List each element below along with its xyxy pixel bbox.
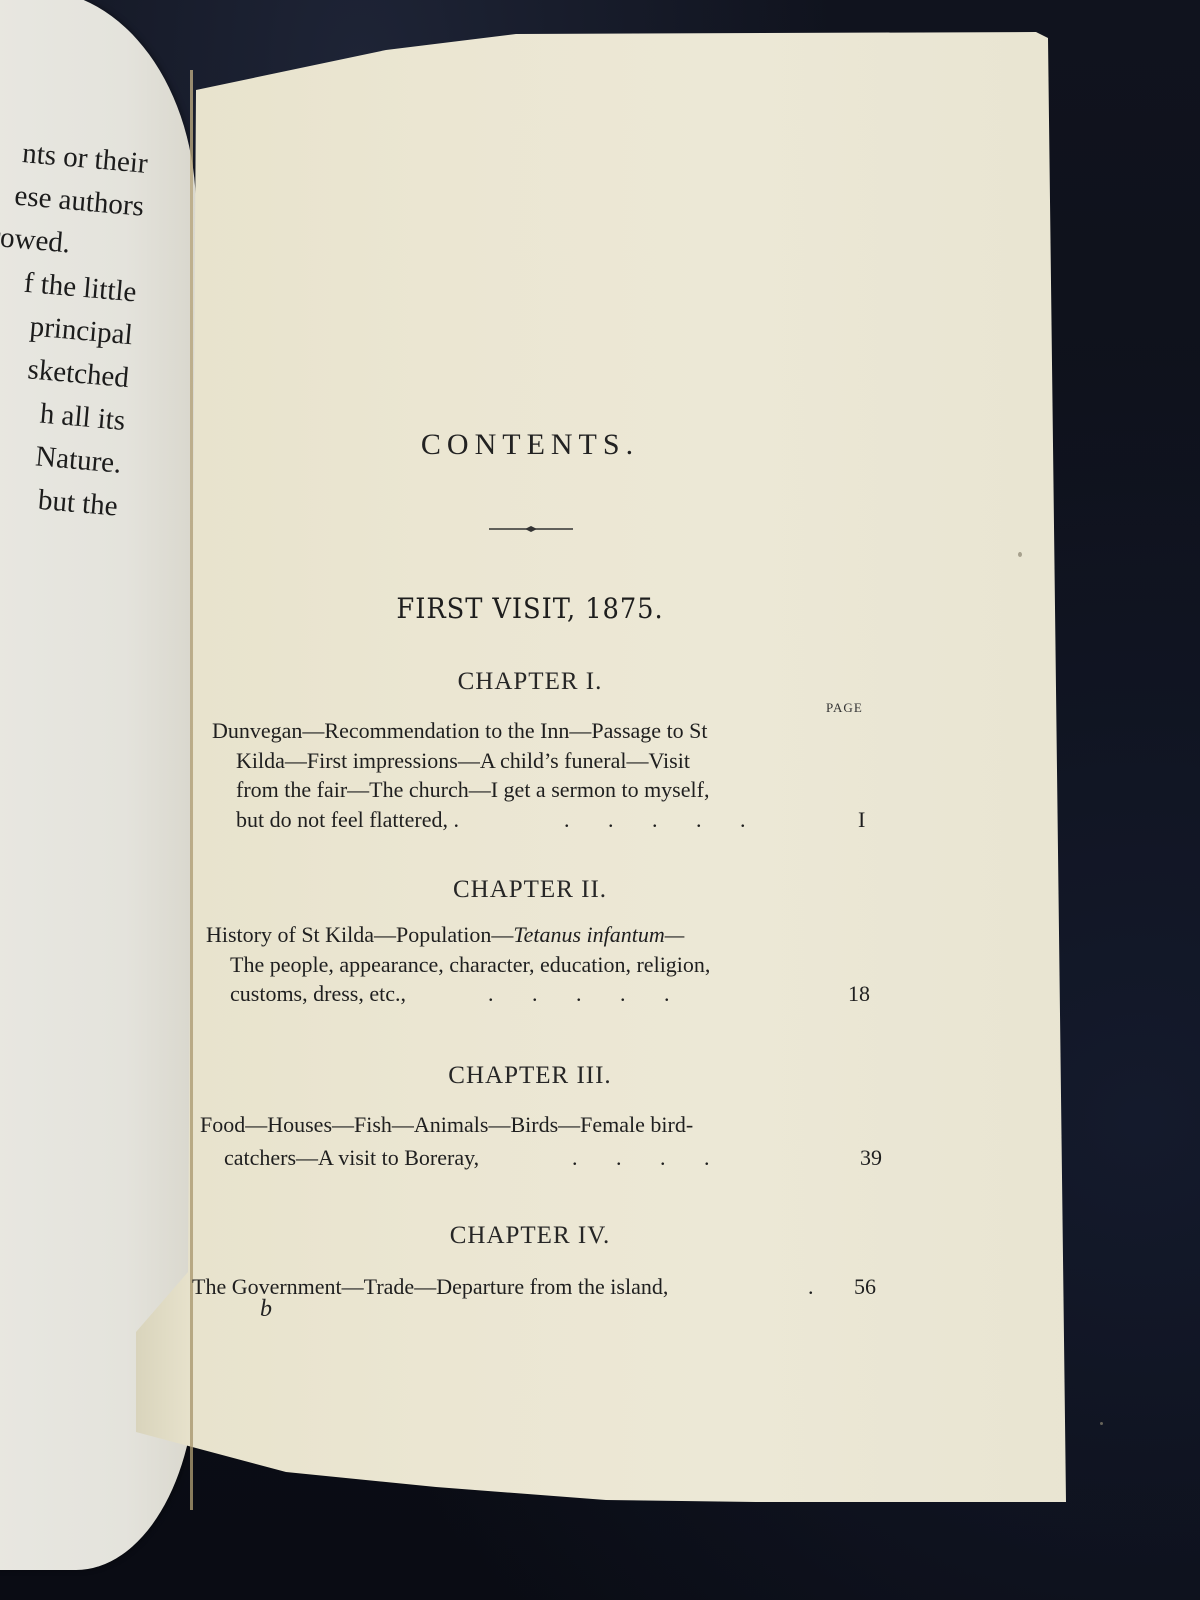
paper-fleck xyxy=(1018,552,1022,557)
chapter-heading: CHAPTER III. xyxy=(190,1062,870,1090)
page-number: I xyxy=(858,805,865,835)
contents-page: CONTENTS. FIRST VISIT, 1875. CHAPTER I. … xyxy=(190,0,910,1600)
entry-line: from the fair—The church—I get a sermon … xyxy=(212,775,892,805)
dot-leader: . . . . . xyxy=(488,979,670,1009)
section-title: FIRST VISIT, 1875. xyxy=(217,592,843,625)
entry-line: Food—Houses—Fish—Animals—Birds—Female bi… xyxy=(200,1108,880,1141)
dot-leader: . xyxy=(808,1272,814,1302)
divider-ornament-icon xyxy=(489,524,573,534)
chapter-entry: Food—Houses—Fish—Animals—Birds—Female bi… xyxy=(200,1108,880,1174)
entry-line: catchers—A visit to Boreray, . . . . 39 xyxy=(200,1141,880,1174)
page-column-label: PAGE xyxy=(826,700,863,716)
chapter-heading: CHAPTER IV. xyxy=(190,1222,870,1250)
entry-line: The people, appearance, character, educa… xyxy=(206,950,886,980)
signature-mark: b xyxy=(260,1296,272,1323)
entry-line: Kilda—First impressions—A child’s funera… xyxy=(212,746,892,776)
entry-text: catchers—A visit to Boreray, xyxy=(224,1145,479,1170)
entry-text: but do not feel flattered, . xyxy=(236,807,459,832)
chapter-heading: CHAPTER I. xyxy=(190,668,870,696)
entry-italic-text: Tetanus infantum xyxy=(513,922,664,947)
entry-text: customs, dress, etc., xyxy=(230,981,406,1006)
entry-line: The Government—Trade—Departure from the … xyxy=(192,1272,872,1302)
entry-line: Dunvegan—Recommendation to the Inn—Passa… xyxy=(212,716,892,746)
chapter-entry: History of St Kilda—Population—Tetanus i… xyxy=(206,920,886,1009)
page-number: 18 xyxy=(848,979,870,1009)
paper-fleck xyxy=(1100,1422,1103,1425)
dot-leader: . . . . xyxy=(572,1141,710,1174)
chapter-entry: The Government—Trade—Departure from the … xyxy=(192,1272,872,1302)
entry-line: History of St Kilda—Population—Tetanus i… xyxy=(206,920,886,950)
entry-text: History of St Kilda—Population— xyxy=(206,922,513,947)
chapter-entry: Dunvegan—Recommendation to the Inn—Passa… xyxy=(212,716,892,834)
page-title: CONTENTS. xyxy=(190,428,870,462)
page-number: 56 xyxy=(854,1272,876,1302)
entry-line: but do not feel flattered, . . . . . . I xyxy=(212,805,892,835)
entry-line: customs, dress, etc., . . . . . 18 xyxy=(206,979,886,1009)
chapter-heading: CHAPTER II. xyxy=(190,876,870,904)
dot-leader: . . . . . xyxy=(564,805,746,835)
entry-text: — xyxy=(665,922,685,947)
page-number: 39 xyxy=(860,1141,882,1174)
left-page-text: nts or their ese authors rowed. f the li… xyxy=(0,130,189,532)
